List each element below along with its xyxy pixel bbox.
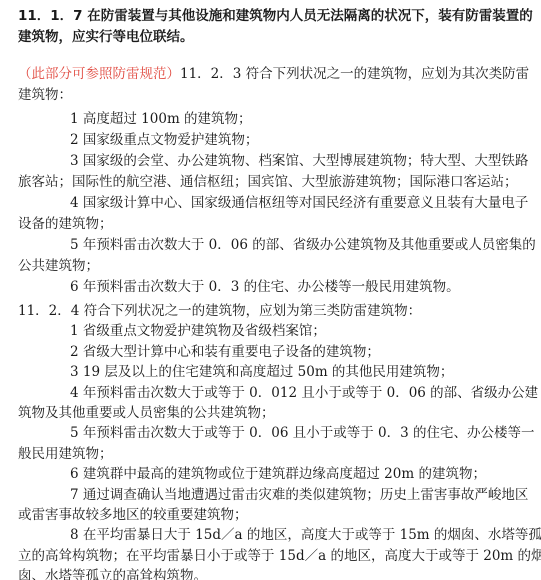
section-1124-heading: 11．2．4 符合下列状况之一的建筑物，应划为第三类防雷建筑物： — [18, 300, 421, 322]
list-item: 2 国家级重点文物爱护建筑物； — [70, 129, 258, 151]
section-1123-heading-cont: 建筑物： — [18, 84, 72, 106]
list-item: 5 年预料雷击次数大于或等于 0．06 且小于或等于 0．3 的住宅、办公楼等一 — [70, 422, 535, 444]
list-item: 1 高度超过 100m 的建筑物； — [70, 108, 252, 130]
list-item-cont: 旅客站；国际性的航空港、通信枢纽；国宾馆、大型旅游建筑物；国际港口客运站； — [18, 171, 518, 193]
section-1123-heading: （此部分可参照防雷规范）11．2．3 符合下列状况之一的建筑物，应划为其次类防雷 — [18, 63, 529, 85]
list-item-cont: 筑物及其他重要或人员密集的公共建筑物； — [18, 402, 275, 424]
list-item: 2 省级大型计算中心和装有重要电子设备的建筑物； — [70, 341, 380, 363]
section-1117-heading-line1: 11．1．7 在防雷装置与其他设施和建筑物内人员无法隔离的状况下，装有防雷装置的 — [18, 5, 533, 27]
list-item-cont: 囱、水塔等孤立的高耸构筑物。 — [18, 565, 207, 580]
list-item: 6 年预料雷击次数大于 0．3 的住宅、办公楼等一般民用建筑物。 — [70, 276, 460, 298]
list-item-cont: 或雷害事故较多地区的较重要建筑物； — [18, 504, 248, 526]
list-item: 6 建筑群中最高的建筑物或位于建筑群边缘高度超过 20m 的建筑物； — [70, 463, 486, 485]
list-item: 5 年预料雷击次数大于 0．06 的部、省级办公建筑物及其他重要或人员密集的 — [70, 234, 536, 256]
list-item: 3 19 层及以上的住宅建筑和高度超过 50m 的其他民用建筑物； — [70, 361, 453, 383]
list-item-cont: 设备的建筑物； — [18, 213, 113, 235]
list-item-cont: 公共建筑物； — [18, 255, 99, 277]
section-1117-heading-line2: 建筑物，应实行等电位联结。 — [18, 26, 194, 48]
list-item: 8 在平均雷暴日大于 15d／a 的地区，高度大于或等于 15m 的烟囱、水塔等… — [70, 524, 541, 546]
document-page: 11．1．7 在防雷装置与其他设施和建筑物内人员无法隔离的状况下，装有防雷装置的… — [0, 0, 541, 580]
list-item: 4 年预料雷击次数大于或等于 0．012 且小于或等于 0．06 的部、省级办公… — [70, 382, 538, 404]
list-item: 7 通过调查确认当地遭遇过雷击灾难的类似建筑物；历史上雷害事故严峻地区 — [70, 484, 528, 506]
section-1123-heading-text: 11．2．3 符合下列状况之一的建筑物，应划为其次类防雷 — [180, 66, 529, 82]
list-item-cont: 般民用建筑物； — [18, 443, 113, 465]
reference-note: （此部分可参照防雷规范） — [18, 66, 180, 82]
list-item-cont: 立的高耸构筑物；在平均雷暴日小于或等于 15d／a 的地区，高度大于或等于 20… — [18, 545, 541, 567]
list-item: 4 国家级计算中心、国家级通信枢纽等对国民经济有重要意义且装有大量电子 — [70, 192, 528, 214]
list-item: 1 省级重点文物爱护建筑物及省级档案馆； — [70, 320, 326, 342]
list-item: 3 国家级的会堂、办公建筑物、档案馆、大型博展建筑物；特大型、大型铁路 — [70, 150, 528, 172]
